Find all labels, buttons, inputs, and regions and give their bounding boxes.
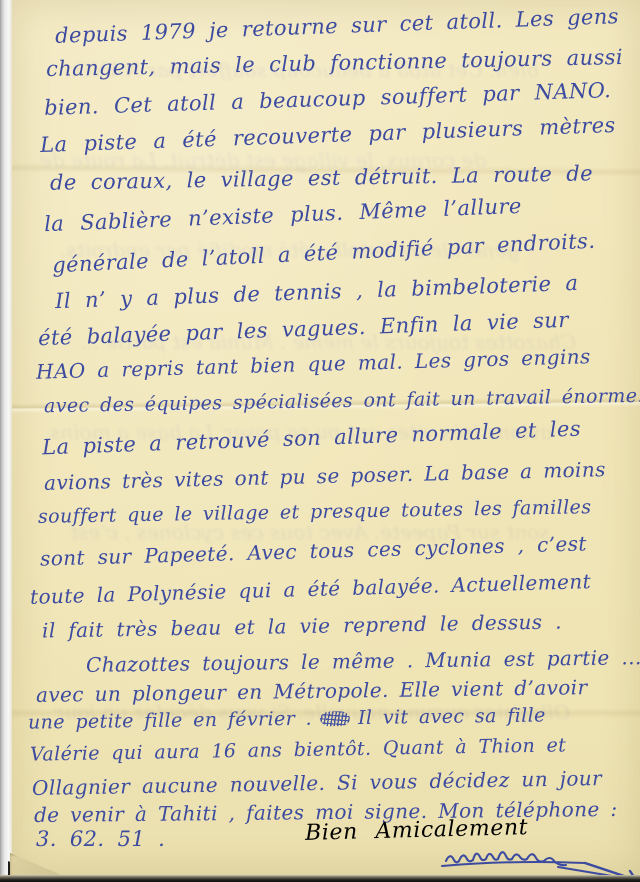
letter-line-text: Il vit avec sa fille bbox=[358, 704, 546, 729]
letter-line: sont sur Papeeté. Avec tous ces cyclones… bbox=[40, 531, 587, 570]
scanned-letter-page: bien. Cet atoll a beaucoup souffert par … bbox=[0, 0, 640, 882]
letter-line: souffert que le village et presque toute… bbox=[38, 496, 592, 528]
letter-line: La piste a été recouverte par plusieurs … bbox=[40, 113, 616, 157]
letter-line: La piste a retrouvé son allure normale e… bbox=[42, 417, 582, 460]
letter-line-text: une petite fille en février . bbox=[28, 708, 312, 734]
scribble-strikeout-icon bbox=[320, 711, 350, 726]
letter-line: HAO a repris tant bien que mal. Les gros… bbox=[36, 344, 591, 383]
letter-line: avec un plongeur en Métropole. Elle vien… bbox=[36, 675, 588, 707]
letter-line: il fait très beau et la vie reprend le d… bbox=[42, 609, 562, 642]
letter-line: bien. Cet atoll a beaucoup souffert par … bbox=[44, 78, 612, 120]
letter-body: depuis 1979 je retourne sur cet atoll. L… bbox=[0, 0, 640, 882]
letter-line: une petite fille en février .Il vit avec… bbox=[28, 704, 546, 733]
letter-line: Valérie qui aura 16 ans bientôt. Quant à… bbox=[30, 734, 567, 765]
letter-line: Ollagnier aucune nouvelle. Si vous décid… bbox=[32, 766, 602, 800]
letter-line: changent, mais le club fonctionne toujou… bbox=[46, 45, 623, 81]
scanner-bed-edge bbox=[0, 875, 640, 882]
letter-line: avec des équipes spécialisées ont fait u… bbox=[44, 385, 640, 417]
letter-line: Il n’ y a plus de tennis , la bimbeloter… bbox=[55, 271, 579, 313]
letter-line: générale de l’atoll a été modifié par en… bbox=[52, 229, 596, 278]
letter-line: de coraux, le village est détruit. La ro… bbox=[50, 161, 593, 194]
letter-line: été balayée par les vagues. Enfin la vie… bbox=[38, 308, 569, 351]
letter-line: depuis 1979 je retourne sur cet atoll. L… bbox=[55, 4, 619, 48]
letter-line: 3. 62. 51 . bbox=[36, 827, 165, 851]
letter-line: toute la Polynésie qui a été balayée. Ac… bbox=[30, 569, 592, 609]
letter-line: avions très vites ont pu se poser. La ba… bbox=[44, 457, 606, 495]
letter-line: la Sablière n’existe plus. Même l’allure bbox=[44, 194, 522, 236]
letter-line: Chazottes toujours le même . Munia est p… bbox=[86, 645, 640, 677]
